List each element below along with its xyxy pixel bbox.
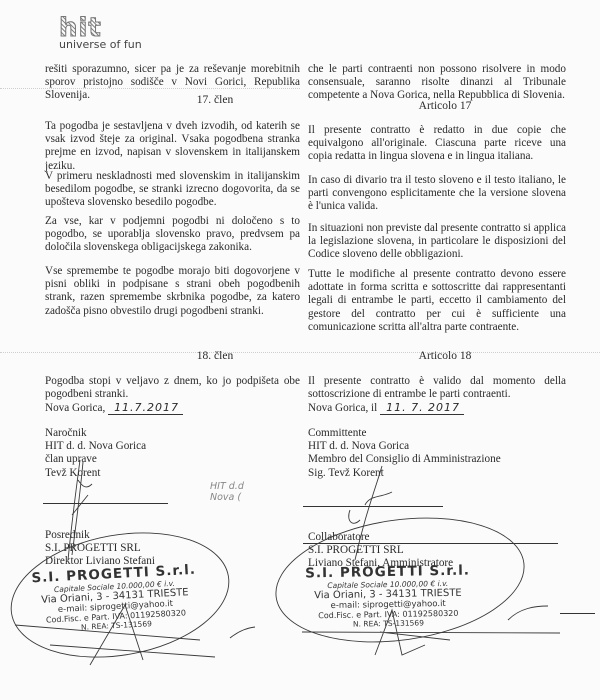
left-article18-heading: 18. člen [150, 350, 280, 362]
right-place-label: Nova Gorica, il [308, 402, 377, 414]
faint-hit-stamp: HIT d.d Nova ( [210, 481, 244, 503]
right-client-name: Sig. Tevž Korent [308, 467, 566, 480]
left-place-date: Nova Gorica, 11.7.2017 [45, 401, 300, 415]
left-date-handwritten: 11.7.2017 [108, 401, 183, 415]
left-client-name: Tevž Korent [45, 467, 300, 480]
left-client-title: član uprave [45, 453, 300, 466]
left-article17-p4: Vse spremembe te pogodbe morajo biti dog… [45, 265, 300, 318]
left-article17-p3: Za vse, kar v podjemni pogodbi ni določe… [45, 215, 300, 255]
right-agent-company: S.I. PROGETTI SRL [308, 544, 566, 557]
right-article17-p2: In caso di divario tra il testo sloveno … [308, 174, 566, 214]
stamp-title: S.I. PROGETTI S.r.l. [297, 562, 477, 581]
left-article17-p2: V primeru neskladnosti med slovenskim in… [45, 170, 300, 210]
left-article18-text: Pogodba stopi v veljavo z dnem, ko jo po… [45, 375, 300, 401]
scan-noise [0, 352, 600, 353]
left-client-block: Naročnik HIT d. d. Nova Gorica član upra… [45, 427, 300, 480]
right-article17-p1: Il presente contratto è redatto in due c… [308, 124, 566, 164]
left-article17-heading: 17. člen [150, 94, 280, 106]
right-client-block: Committente HIT d. d. Nova Gorica Membro… [308, 427, 566, 480]
left-client-company: HIT d. d. Nova Gorica [45, 440, 300, 453]
right-intro: che le parti contraenti non possono riso… [308, 63, 566, 103]
logo-mark: hit [59, 17, 142, 39]
left-agent-role: Posrednik [45, 529, 300, 542]
right-place-date: Nova Gorica, il 11. 7. 2017 [308, 401, 566, 415]
left-place-label: Nova Gorica, [45, 402, 105, 414]
right-article17-heading: Articolo 17 [380, 100, 510, 112]
contract-page: hit universe of fun rešiti sporazumno, s… [0, 0, 600, 700]
right-company-stamp: S.I. PROGETTI S.r.l. Capitale Sociale 10… [297, 562, 478, 629]
logo-tagline: universe of fun [59, 39, 142, 51]
right-client-company: HIT d. d. Nova Gorica [308, 440, 566, 453]
hit-logo: hit universe of fun [59, 17, 142, 51]
left-agent-company: S.I. PROGETTI SRL [45, 542, 300, 555]
right-client-title: Membro del Consiglio di Amministrazione [308, 453, 566, 466]
left-article17-p1: Ta pogodba je sestavljena v dveh izvodih… [45, 120, 300, 173]
right-article18-text: Il presente contratto è valido dal momen… [308, 375, 566, 401]
right-agent-role: Collaboratore [308, 531, 566, 544]
right-article18-heading: Articolo 18 [380, 350, 510, 362]
left-client-role: Naročnik [45, 427, 300, 440]
right-article17-p4: Tutte le modifiche al presente contratto… [308, 268, 566, 334]
left-company-stamp: S.I. PROGETTI S.r.l. Capitale Sociale 10… [28, 562, 201, 635]
scan-edge-line [560, 613, 595, 614]
right-article17-p3: In situazioni non previste dal presente … [308, 222, 566, 262]
right-client-signature-line [303, 506, 443, 507]
right-date-handwritten: 11. 7. 2017 [380, 401, 464, 415]
left-client-signature-line [43, 503, 168, 504]
right-client-role: Committente [308, 427, 566, 440]
